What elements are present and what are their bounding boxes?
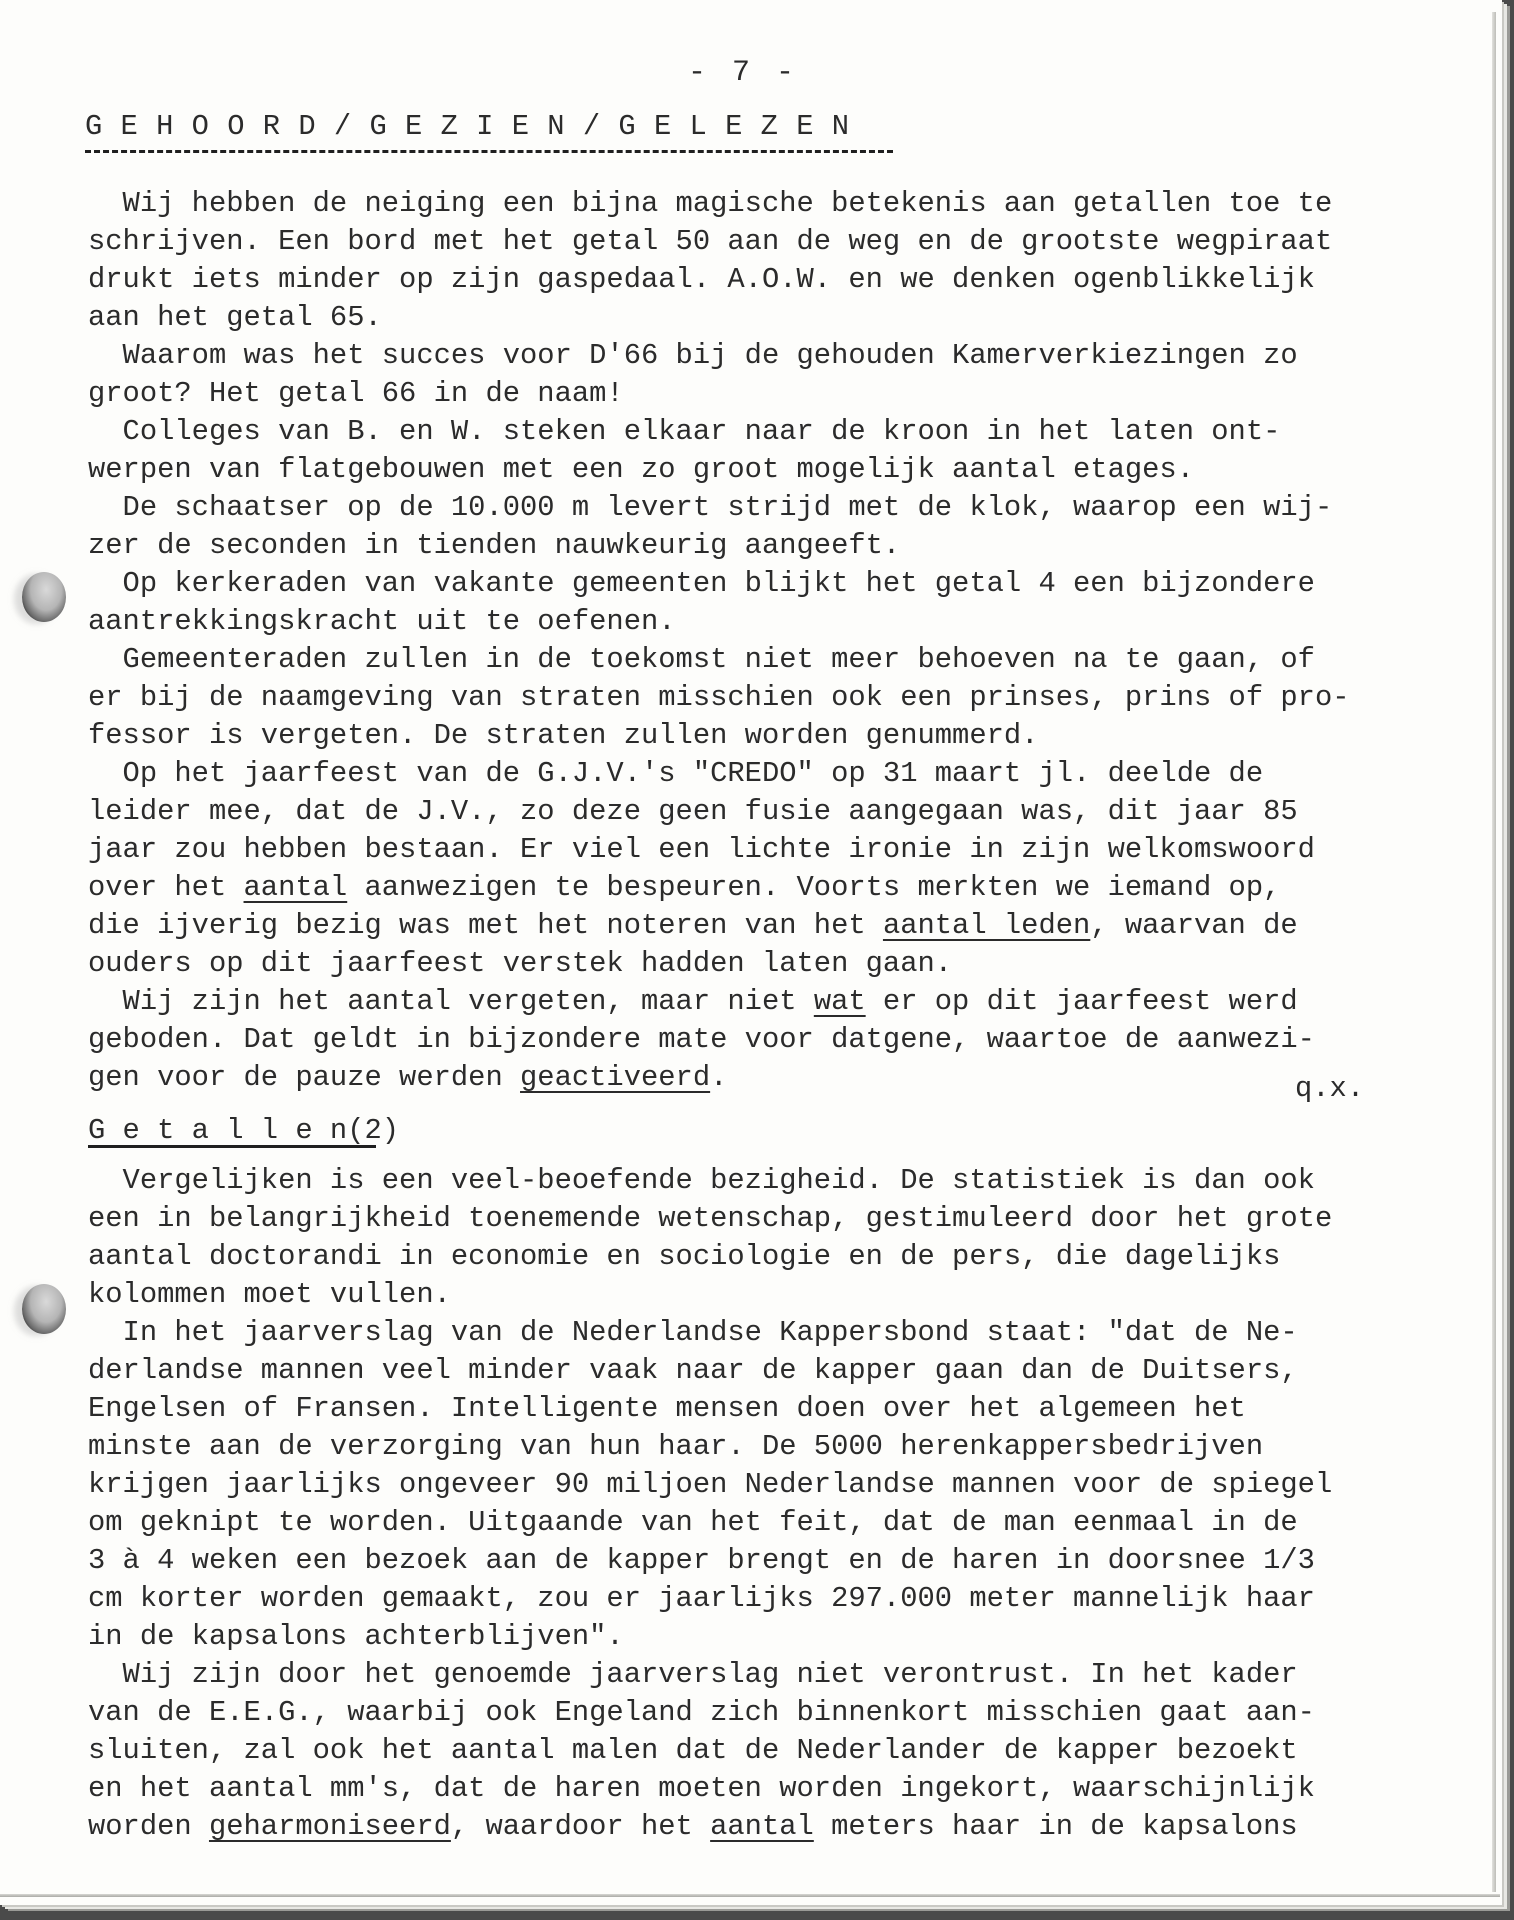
underlined-word: aantal xyxy=(244,871,348,904)
text-line: werpen van flatgebouwen met een zo groot… xyxy=(88,451,1488,489)
text-line: er bij de naamgeving van straten misschi… xyxy=(88,679,1488,717)
heading-dashed-underline xyxy=(85,150,893,153)
text-line: Engelsen of Fransen. Intelligente mensen… xyxy=(88,1390,1488,1428)
text-line: geboden. Dat geldt in bijzondere mate vo… xyxy=(88,1021,1488,1059)
text-line: die ijverig bezig was met het noteren va… xyxy=(88,907,1488,945)
text-line: kolommen moet vullen. xyxy=(88,1276,1488,1314)
section2-body: Vergelijken is een veel-beoefende bezigh… xyxy=(88,1162,1488,1846)
text-fragment: er op dit jaarfeest werd xyxy=(866,985,1298,1018)
text-line: schrijven. Een bord met het getal 50 aan… xyxy=(88,223,1488,261)
text-line: Gemeenteraden zullen in de toekomst niet… xyxy=(88,641,1488,679)
text-line: sluiten, zal ook het aantal malen dat de… xyxy=(88,1732,1488,1770)
text-line: fessor is vergeten. De straten zullen wo… xyxy=(88,717,1488,755)
text-line: worden geharmoniseerd, waardoor het aant… xyxy=(88,1808,1488,1846)
document-page: - 7 - G E H O O R D / G E Z I E N / G E … xyxy=(0,0,1502,1905)
text-line: zer de seconden in tienden nauwkeurig aa… xyxy=(88,527,1488,565)
text-fragment: die ijverig bezig was met het noteren va… xyxy=(88,909,883,942)
punch-hole-icon xyxy=(22,1284,66,1334)
text-line: aantrekkingskracht uit te oefenen. xyxy=(88,603,1488,641)
text-fragment: worden xyxy=(88,1810,209,1843)
heading-text: G e t a l l e n xyxy=(88,1114,347,1147)
text-line: 3 à 4 weken een bezoek aan de kapper bre… xyxy=(88,1542,1488,1580)
text-fragment: , waarvan de xyxy=(1090,909,1297,942)
text-line: Op het jaarfeest van de G.J.V.'s "CREDO"… xyxy=(88,755,1488,793)
text-fragment: aanwezigen te bespeuren. Voorts merkten … xyxy=(347,871,1280,904)
heading-underline xyxy=(88,1145,376,1148)
text-fragment: . xyxy=(710,1061,727,1094)
text-line: leider mee, dat de J.V., zo deze geen fu… xyxy=(88,793,1488,831)
underlined-word: aantal xyxy=(710,1810,814,1843)
text-line: minste aan de verzorging van hun haar. D… xyxy=(88,1428,1488,1466)
underlined-word: geactiveerd xyxy=(520,1061,710,1094)
page-number: - 7 - xyxy=(688,56,798,90)
underlined-word: geharmoniseerd xyxy=(209,1810,451,1843)
text-line: Waarom was het succes voor D'66 bij de g… xyxy=(88,337,1488,375)
text-line: van de E.E.G., waarbij ook Engeland zich… xyxy=(88,1694,1488,1732)
text-line: Op kerkeraden van vakante gemeenten blij… xyxy=(88,565,1488,603)
text-line: gen voor de pauze werden geactiveerd. xyxy=(88,1059,1488,1097)
underlined-word: wat xyxy=(814,985,866,1018)
text-line: krijgen jaarlijks ongeveer 90 miljoen Ne… xyxy=(88,1466,1488,1504)
punch-hole-icon xyxy=(22,572,66,622)
text-line: ouders op dit jaarfeest verstek hadden l… xyxy=(88,945,1488,983)
text-line: In het jaarverslag van de Nederlandse Ka… xyxy=(88,1314,1488,1352)
text-fragment: over het xyxy=(88,871,244,904)
text-line: aan het getal 65. xyxy=(88,299,1488,337)
text-fragment: , waardoor het xyxy=(451,1810,710,1843)
text-line: drukt iets minder op zijn gaspedaal. A.O… xyxy=(88,261,1488,299)
text-line: Wij zijn het aantal vergeten, maar niet … xyxy=(88,983,1488,1021)
text-line: en het aantal mm's, dat de haren moeten … xyxy=(88,1770,1488,1808)
text-line: om geknipt te worden. Uitgaande van het … xyxy=(88,1504,1488,1542)
text-line: in de kapsalons achterblijven". xyxy=(88,1618,1488,1656)
text-line: cm korter worden gemaakt, zou er jaarlij… xyxy=(88,1580,1488,1618)
section1-body: Wij hebben de neiging een bijna magische… xyxy=(88,185,1488,1097)
author-signature: q.x. xyxy=(1295,1072,1364,1105)
text-line: aantal doctorandi in economie en sociolo… xyxy=(88,1238,1488,1276)
page-bottom-edge xyxy=(0,1894,1500,1897)
text-line: Wij zijn door het genoemde jaarverslag n… xyxy=(88,1656,1488,1694)
text-line: groot? Het getal 66 in de naam! xyxy=(88,375,1488,413)
text-line: Wij hebben de neiging een bijna magische… xyxy=(88,185,1488,223)
text-line: Colleges van B. en W. steken elkaar naar… xyxy=(88,413,1488,451)
page-stack-edge xyxy=(1492,12,1496,1892)
text-fragment: Wij zijn het aantal vergeten, maar niet xyxy=(88,985,814,1018)
section-heading-gehoord-gezien-gelezen: G E H O O R D / G E Z I E N / G E L E Z … xyxy=(85,108,850,146)
text-line: een in belangrijkheid toenemende wetensc… xyxy=(88,1200,1488,1238)
text-fragment: gen voor de pauze werden xyxy=(88,1061,520,1094)
heading-suffix: (2) xyxy=(347,1114,399,1147)
text-line: derlandse mannen veel minder vaak naar d… xyxy=(88,1352,1488,1390)
text-line: jaar zou hebben bestaan. Er viel een lic… xyxy=(88,831,1488,869)
text-line: Vergelijken is een veel-beoefende bezigh… xyxy=(88,1162,1488,1200)
text-line: De schaatser op de 10.000 m levert strij… xyxy=(88,489,1488,527)
text-line: over het aantal aanwezigen te bespeuren.… xyxy=(88,869,1488,907)
text-fragment: meters haar in de kapsalons xyxy=(814,1810,1298,1843)
underlined-word: aantal leden xyxy=(883,909,1090,942)
